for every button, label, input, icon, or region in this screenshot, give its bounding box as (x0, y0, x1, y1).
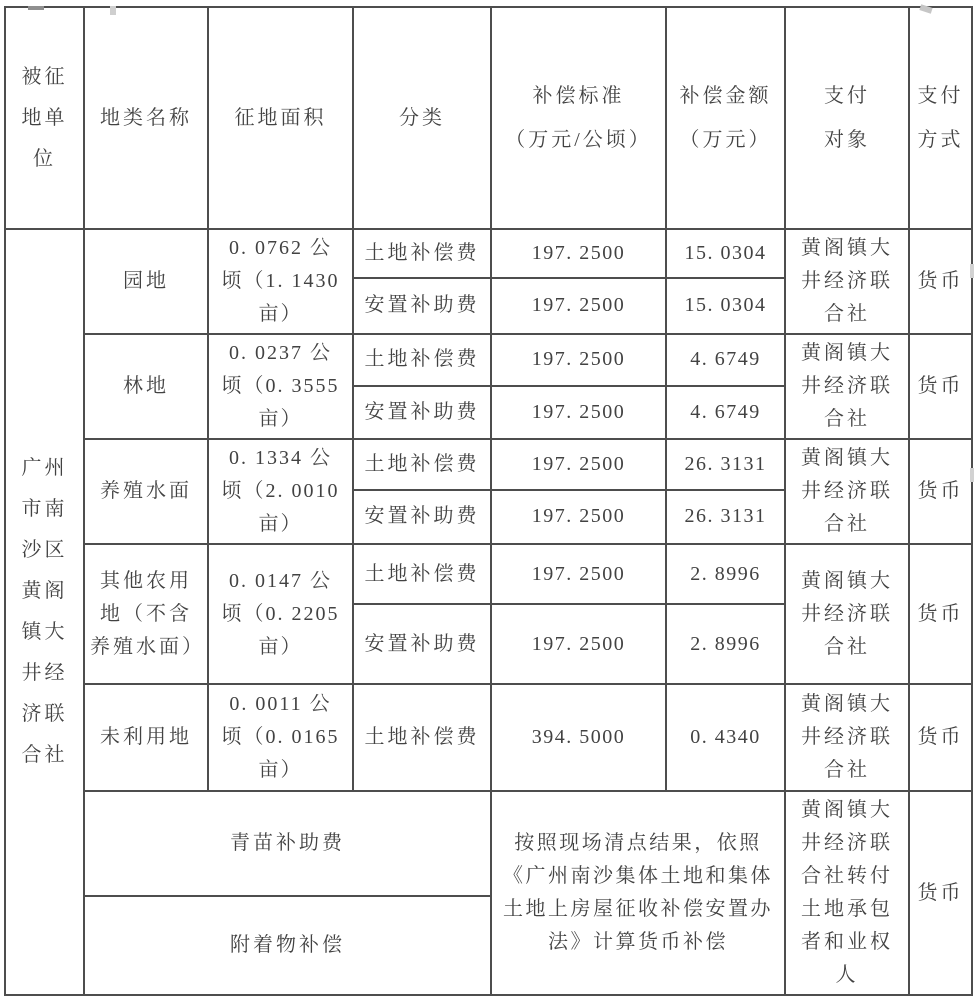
amount-cell: 15. 0304 (666, 229, 785, 278)
method-cell: 货币 (909, 544, 972, 684)
standard-cell: 394. 5000 (491, 684, 666, 791)
category-cell: 土地补偿费 (353, 684, 491, 791)
payee-cell: 黄阁镇大井经济联合社转付土地承包者和业权人 (785, 791, 909, 995)
payee-cell: 黄阁镇大井经济联合社 (785, 684, 909, 791)
amount-cell: 26. 3131 (666, 439, 785, 490)
standard-cell: 197. 2500 (491, 439, 666, 490)
header-category: 分类 (353, 7, 491, 229)
standard-cell: 197. 2500 (491, 490, 666, 544)
category-cell: 土地补偿费 (353, 334, 491, 386)
extra-label-cell: 附着物补偿 (84, 896, 491, 995)
header-payee: 支付 对象 (785, 7, 909, 229)
area-cell: 0. 0147 公顷（0. 2205 亩） (208, 544, 353, 684)
method-cell: 货币 (909, 439, 972, 544)
category-cell: 安置补助费 (353, 278, 491, 334)
scan-artifact (970, 468, 974, 482)
land-cell: 养殖水面 (84, 439, 208, 544)
header-expropriated-unit: 被征地单位 (5, 7, 84, 229)
standard-cell: 197. 2500 (491, 334, 666, 386)
standard-cell: 197. 2500 (491, 278, 666, 334)
land-cell: 未利用地 (84, 684, 208, 791)
header-amount: 补偿金额 （万元） (666, 7, 785, 229)
amount-cell: 2. 8996 (666, 604, 785, 684)
payee-cell: 黄阁镇大井经济联合社 (785, 439, 909, 544)
method-cell: 货币 (909, 334, 972, 439)
compensation-table: 被征地单位 地类名称 征地面积 分类 补偿标准 （万元/公顷） 补偿金额 （万元… (4, 6, 973, 996)
land-cell: 园地 (84, 229, 208, 334)
area-cell: 0. 1334 公顷（2. 0010 亩） (208, 439, 353, 544)
land-cell: 其他农用地（不含养殖水面） (84, 544, 208, 684)
amount-cell: 15. 0304 (666, 278, 785, 334)
amount-cell: 4. 6749 (666, 334, 785, 386)
standard-cell: 197. 2500 (491, 544, 666, 604)
amount-cell: 0. 4340 (666, 684, 785, 791)
area-cell: 0. 0011 公顷（0. 0165 亩） (208, 684, 353, 791)
category-cell: 土地补偿费 (353, 439, 491, 490)
payee-cell: 黄阁镇大井经济联合社 (785, 334, 909, 439)
category-cell: 安置补助费 (353, 386, 491, 439)
method-cell: 货币 (909, 791, 972, 995)
scan-artifact (28, 6, 44, 10)
standard-cell: 197. 2500 (491, 386, 666, 439)
method-cell: 货币 (909, 229, 972, 334)
category-cell: 土地补偿费 (353, 544, 491, 604)
scan-artifact (970, 264, 974, 278)
payee-cell: 黄阁镇大井经济联合社 (785, 544, 909, 684)
area-cell: 0. 0237 公顷（0. 3555 亩） (208, 334, 353, 439)
category-cell: 安置补助费 (353, 490, 491, 544)
scan-artifact (110, 6, 116, 15)
amount-cell: 26. 3131 (666, 490, 785, 544)
area-cell: 0. 0762 公顷（1. 1430 亩） (208, 229, 353, 334)
standard-cell: 197. 2500 (491, 604, 666, 684)
standard-cell: 197. 2500 (491, 229, 666, 278)
extra-label-cell: 青苗补助费 (84, 791, 491, 896)
header-method: 支付 方式 (909, 7, 972, 229)
category-cell: 安置补助费 (353, 604, 491, 684)
amount-cell: 4. 6749 (666, 386, 785, 439)
header-land-type: 地类名称 (84, 7, 208, 229)
header-standard: 补偿标准 （万元/公顷） (491, 7, 666, 229)
amount-cell: 2. 8996 (666, 544, 785, 604)
note-cell: 按照现场清点结果，依照《广州南沙集体土地和集体土地上房屋征收补偿安置办法》计算货… (491, 791, 785, 995)
method-cell: 货币 (909, 684, 972, 791)
header-area: 征地面积 (208, 7, 353, 229)
entity-cell: 广州市南沙区黄阁镇大井经济联合社 (5, 229, 84, 995)
land-cell: 林地 (84, 334, 208, 439)
payee-cell: 黄阁镇大井经济联合社 (785, 229, 909, 334)
category-cell: 土地补偿费 (353, 229, 491, 278)
